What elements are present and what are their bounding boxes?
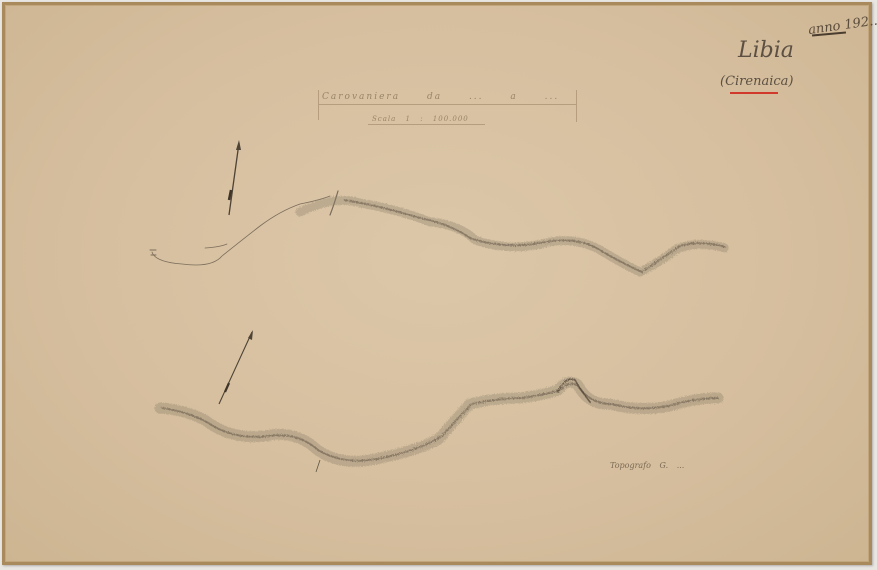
upper-route (150, 191, 725, 272)
route-drawings (0, 0, 877, 570)
route-tick (316, 460, 320, 472)
north-arrow-icon (219, 330, 253, 404)
surveyor-signature: Topografo G. ... (610, 461, 684, 470)
north-arrow-icon (229, 140, 241, 215)
lower-route (160, 379, 718, 461)
